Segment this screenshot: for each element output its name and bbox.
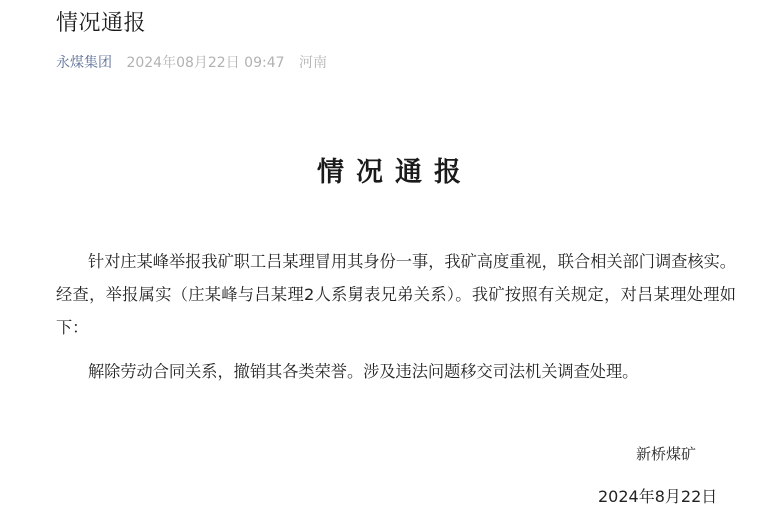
- article-meta: 永煤集团 2024年08月22日 09:47 河南: [56, 52, 327, 74]
- article-title: 情况通报: [56, 8, 146, 40]
- publish-location: 河南: [299, 55, 327, 71]
- publish-time: 2024年08月22日 09:47: [126, 55, 284, 71]
- document-heading: 情况通报: [0, 153, 778, 193]
- body-paragraph: 针对庄某峰举报我矿职工吕某理冒用其身份一事，我矿高度重视，联合相关部门调查核实。…: [56, 245, 736, 344]
- body-paragraph: 解除劳动合同关系，撤销其各类荣誉。涉及违法问题移交司法机关调查处理。: [56, 355, 736, 388]
- signature-organization: 新桥煤矿: [636, 440, 696, 468]
- signature-date: 2024年8月22日: [598, 483, 717, 511]
- account-name-link[interactable]: 永煤集团: [56, 55, 112, 71]
